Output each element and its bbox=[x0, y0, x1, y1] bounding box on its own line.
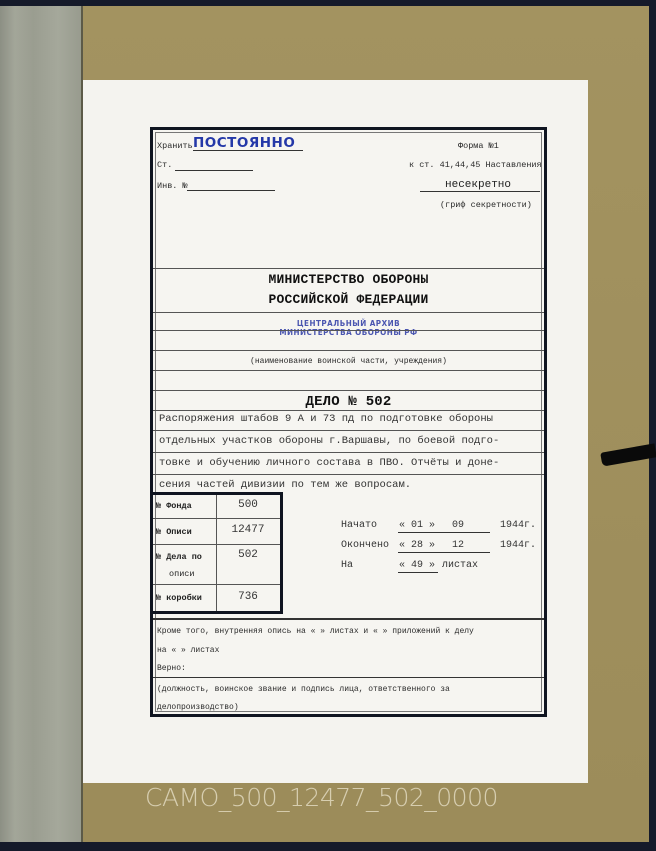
st-label: Ст. bbox=[157, 160, 172, 170]
id-label: № Фонда bbox=[156, 501, 192, 511]
ministry-line-2: РОССИЙСКОЙ ФЕДЕРАЦИИ bbox=[153, 292, 544, 307]
case-title: ДЕЛО № 502 bbox=[153, 394, 544, 410]
scanned-archive-folder: Хранить ПОСТОЯННО Ст. Инв. № Форма №1 к … bbox=[0, 0, 656, 851]
secrecy-underline bbox=[420, 191, 540, 192]
started-year: 1944г. bbox=[500, 520, 536, 531]
ministry-line-1: МИНИСТЕРСТВО ОБОРОНЫ bbox=[153, 272, 544, 287]
description-line: отдельных участков обороны г.Варшавы, по… bbox=[159, 435, 538, 447]
keep-value: ПОСТОЯННО bbox=[193, 135, 295, 151]
rule bbox=[153, 268, 544, 269]
started-underline bbox=[398, 532, 490, 533]
form-reference: к ст. 41,44,45 Наставления bbox=[409, 160, 542, 170]
description-line: Распоряжения штабов 9 А и 73 пд по подго… bbox=[159, 413, 538, 425]
inventory-line-2: на « » листах bbox=[157, 646, 219, 655]
ended-label: Окончено bbox=[341, 540, 389, 551]
ended-month: 12 bbox=[452, 540, 464, 551]
rule bbox=[153, 452, 544, 453]
id-value: 502 bbox=[219, 549, 277, 561]
inv-label: Инв. № bbox=[157, 181, 188, 191]
rule bbox=[153, 330, 544, 331]
id-row-fond: № Фонда 500 bbox=[153, 495, 280, 519]
inventory-line-1: Кроме того, внутренняя опись на « » лист… bbox=[157, 627, 474, 636]
ended-day: « 28 » bbox=[399, 540, 435, 551]
sheets-value: « 49 » bbox=[399, 560, 435, 571]
description-line: сения частей дивизии по тем же вопросам. bbox=[159, 479, 538, 491]
id-label: № Дела по bbox=[156, 552, 202, 562]
signature-caption-1: (должность, воинское звание и подпись ли… bbox=[157, 685, 450, 694]
form-number: Форма №1 bbox=[458, 141, 499, 151]
secrecy-value: несекретно bbox=[445, 179, 511, 191]
id-label: № Описи bbox=[156, 527, 192, 537]
case-cover-form: Хранить ПОСТОЯННО Ст. Инв. № Форма №1 к … bbox=[150, 127, 547, 717]
rule bbox=[153, 390, 544, 391]
id-value: 12477 bbox=[219, 524, 277, 536]
archive-stamp-line-1: ЦЕНТРАЛЬНЫЙ АРХИВ bbox=[153, 319, 544, 328]
rule bbox=[153, 410, 544, 411]
id-label-cont: описи bbox=[169, 569, 195, 579]
rule bbox=[153, 677, 544, 678]
id-label: № коробки bbox=[156, 593, 202, 603]
sheets-suffix: листах bbox=[442, 560, 478, 571]
folder-spine bbox=[0, 6, 83, 842]
id-value: 500 bbox=[219, 499, 277, 511]
rule bbox=[153, 618, 544, 620]
sheets-underline bbox=[398, 572, 438, 573]
keep-label: Хранить bbox=[157, 141, 193, 151]
started-month: 09 bbox=[452, 520, 464, 531]
ended-underline bbox=[398, 552, 490, 553]
rule bbox=[153, 350, 544, 351]
verified-label: Верно: bbox=[157, 664, 186, 673]
rule bbox=[153, 312, 544, 313]
inv-underline bbox=[187, 190, 275, 191]
st-underline bbox=[175, 170, 253, 171]
rule bbox=[153, 370, 544, 371]
id-row-box: № коробки 736 bbox=[153, 585, 280, 611]
rule bbox=[153, 474, 544, 475]
sheets-label: На bbox=[341, 560, 353, 571]
secrecy-caption: (гриф секретности) bbox=[440, 200, 532, 210]
ended-year: 1944г. bbox=[500, 540, 536, 551]
archive-id-table: № Фонда 500 № Описи 12477 № Дела по опис… bbox=[153, 492, 283, 614]
archive-watermark: CAMO_500_12477_502_0000 bbox=[145, 783, 498, 812]
id-row-opis: № Описи 12477 bbox=[153, 519, 280, 545]
started-day: « 01 » bbox=[399, 520, 435, 531]
id-value: 736 bbox=[219, 591, 277, 603]
signature-caption-2: делопроизводство) bbox=[157, 703, 239, 712]
started-label: Начато bbox=[341, 520, 377, 531]
description-line: товке и обучению личного состава в ПВО. … bbox=[159, 457, 538, 469]
rule bbox=[153, 430, 544, 431]
id-row-delo: № Дела по описи 502 bbox=[153, 545, 280, 585]
unit-caption: (наименование воинской части, учреждения… bbox=[153, 357, 544, 366]
